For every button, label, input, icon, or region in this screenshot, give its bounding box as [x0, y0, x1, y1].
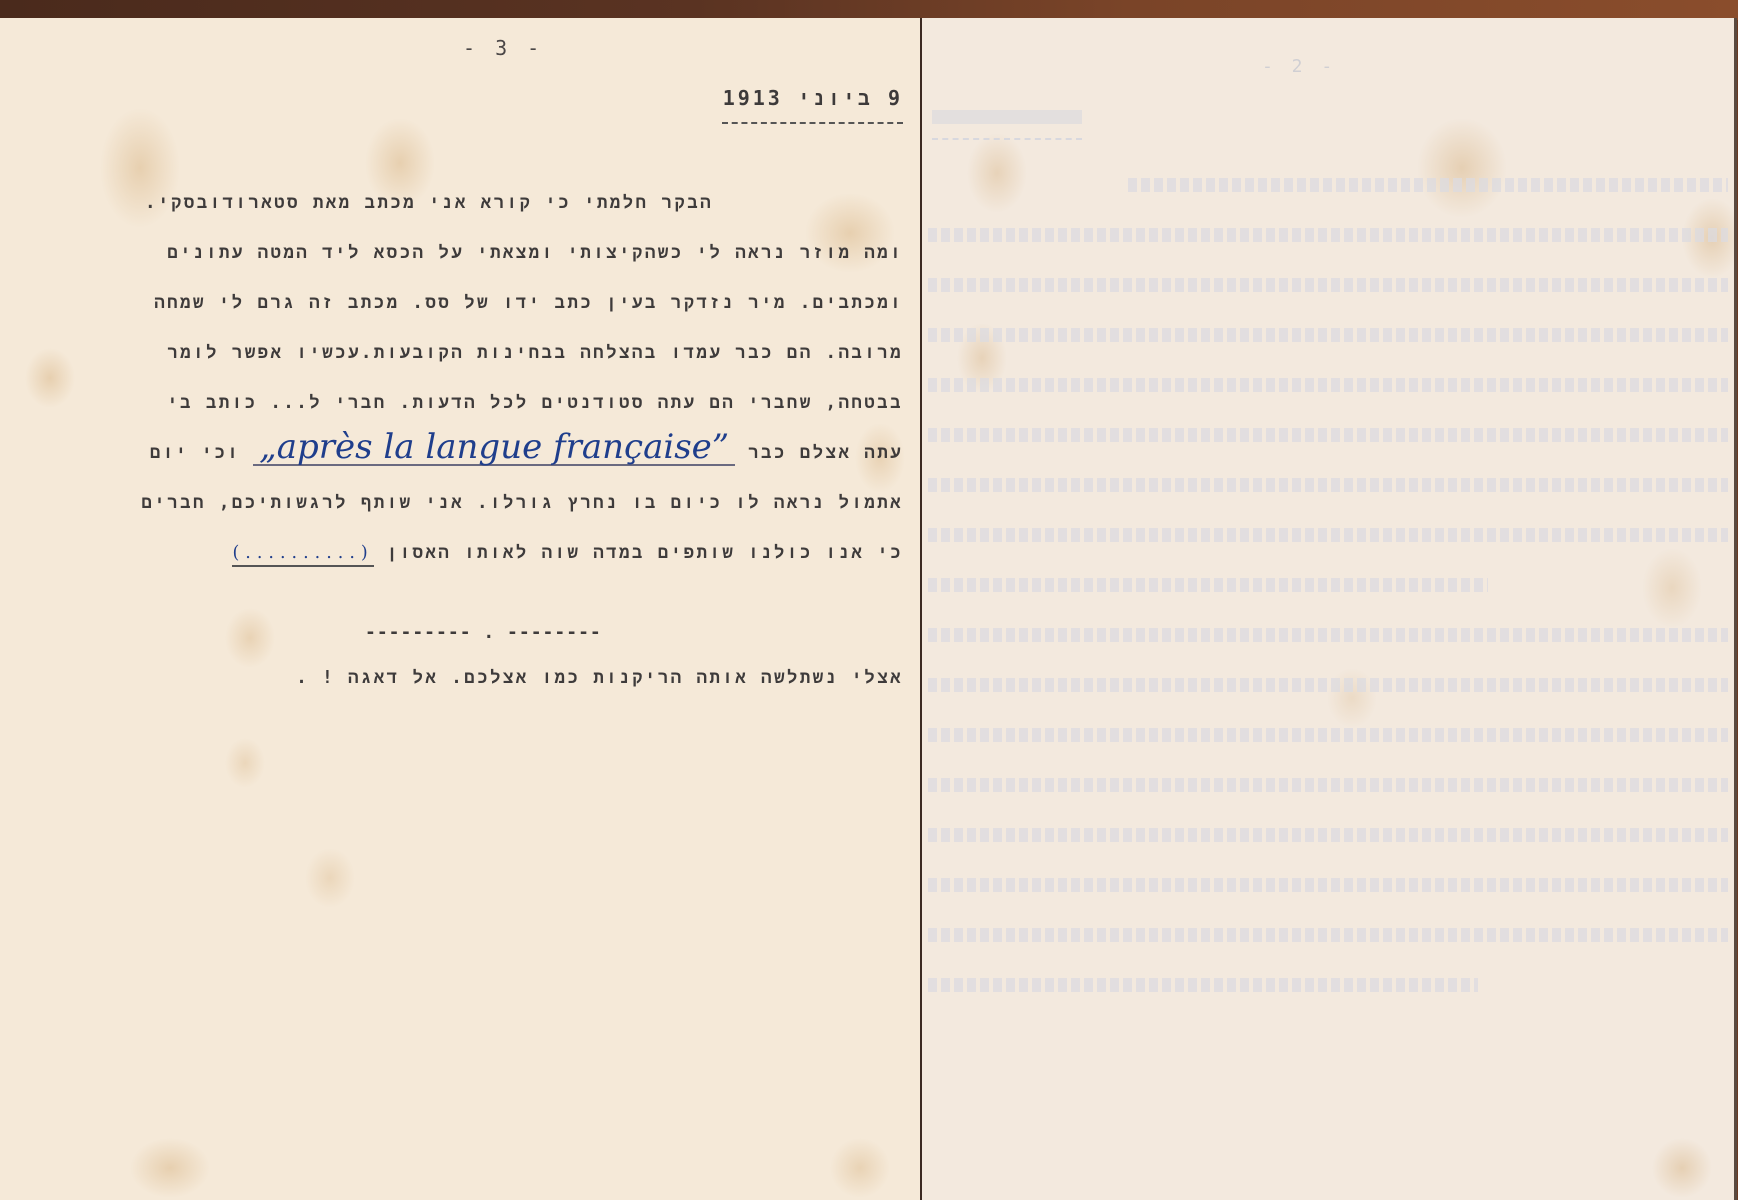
closing-line: אצלי נשתלשה אותה הריקנות כמו אצלכם. אל ד… [296, 668, 903, 689]
bleed-through-text [928, 178, 1728, 1028]
bleed-line [928, 478, 1728, 492]
bleed-line [928, 728, 1728, 742]
left-page: - 3 - 9 ביוני 1913 הבקר חלמתי כי קורא אנ… [0, 18, 922, 1200]
text-line: מרובה. הם כבר עמדו בהצלחה בבחינות הקובעו… [3, 328, 903, 378]
bleed-line [928, 428, 1728, 442]
bleed-line [928, 528, 1728, 542]
bleed-line [928, 878, 1728, 892]
text-line: בבטחה, שחברי הם עתה סטודנטים לכל הדעות. … [3, 378, 903, 428]
handwritten-french-insert: „après la langue française” [253, 430, 735, 466]
text-line-with-parenthetical: כי אנו כולנו שותפים במדה שוה לאותו האסון… [3, 528, 903, 578]
bleed-line [928, 978, 1478, 992]
text-line: אתמול נראה לו כיום בו נחרץ גורלו. אני שו… [3, 478, 903, 528]
handwritten-parenthetical: (..........) [232, 541, 373, 567]
bleed-line [928, 678, 1728, 692]
bleed-line [1128, 178, 1728, 192]
text-segment: כי אנו כולנו שותפים במדה שוה לאותו האסון [387, 543, 903, 563]
bleed-line [928, 228, 1728, 242]
bleed-line [928, 328, 1728, 342]
text-line: הבקר חלמתי כי קורא אני מכתב מאת סטארודוב… [3, 178, 903, 228]
date-underline [722, 122, 903, 124]
bleed-through-underline [932, 138, 1082, 140]
right-page: - 2 - [922, 18, 1737, 1200]
bleed-line [928, 778, 1728, 792]
bleed-line [928, 378, 1728, 392]
text-line-with-insert: עתה אצלם כבר „après la langue française”… [3, 428, 903, 478]
bleed-through-page-number: - 2 - [1262, 56, 1336, 77]
bleed-line [928, 578, 1488, 592]
bleed-line [928, 628, 1728, 642]
bleed-line [928, 828, 1728, 842]
text-line: ומה מוזר נראה לי כשהקיצותי ומצאתי על הכס… [3, 228, 903, 278]
bleed-line [928, 278, 1728, 292]
section-separator: --------- . -------- [365, 622, 602, 643]
text-segment: וכי יום [150, 443, 240, 463]
bleed-line [928, 928, 1728, 942]
bleed-through-heading [932, 110, 1082, 124]
binding-edge [0, 0, 1738, 20]
page-number: - 3 - [463, 36, 543, 60]
letter-body: הבקר חלמתי כי קורא אני מכתב מאת סטארודוב… [3, 178, 903, 578]
text-line: ומכתבים. מיר נזדקר בעין כתב ידו של סס. מ… [3, 278, 903, 328]
text-segment: עתה אצלם כבר [748, 443, 903, 463]
date-heading: 9 ביוני 1913 [723, 86, 903, 112]
